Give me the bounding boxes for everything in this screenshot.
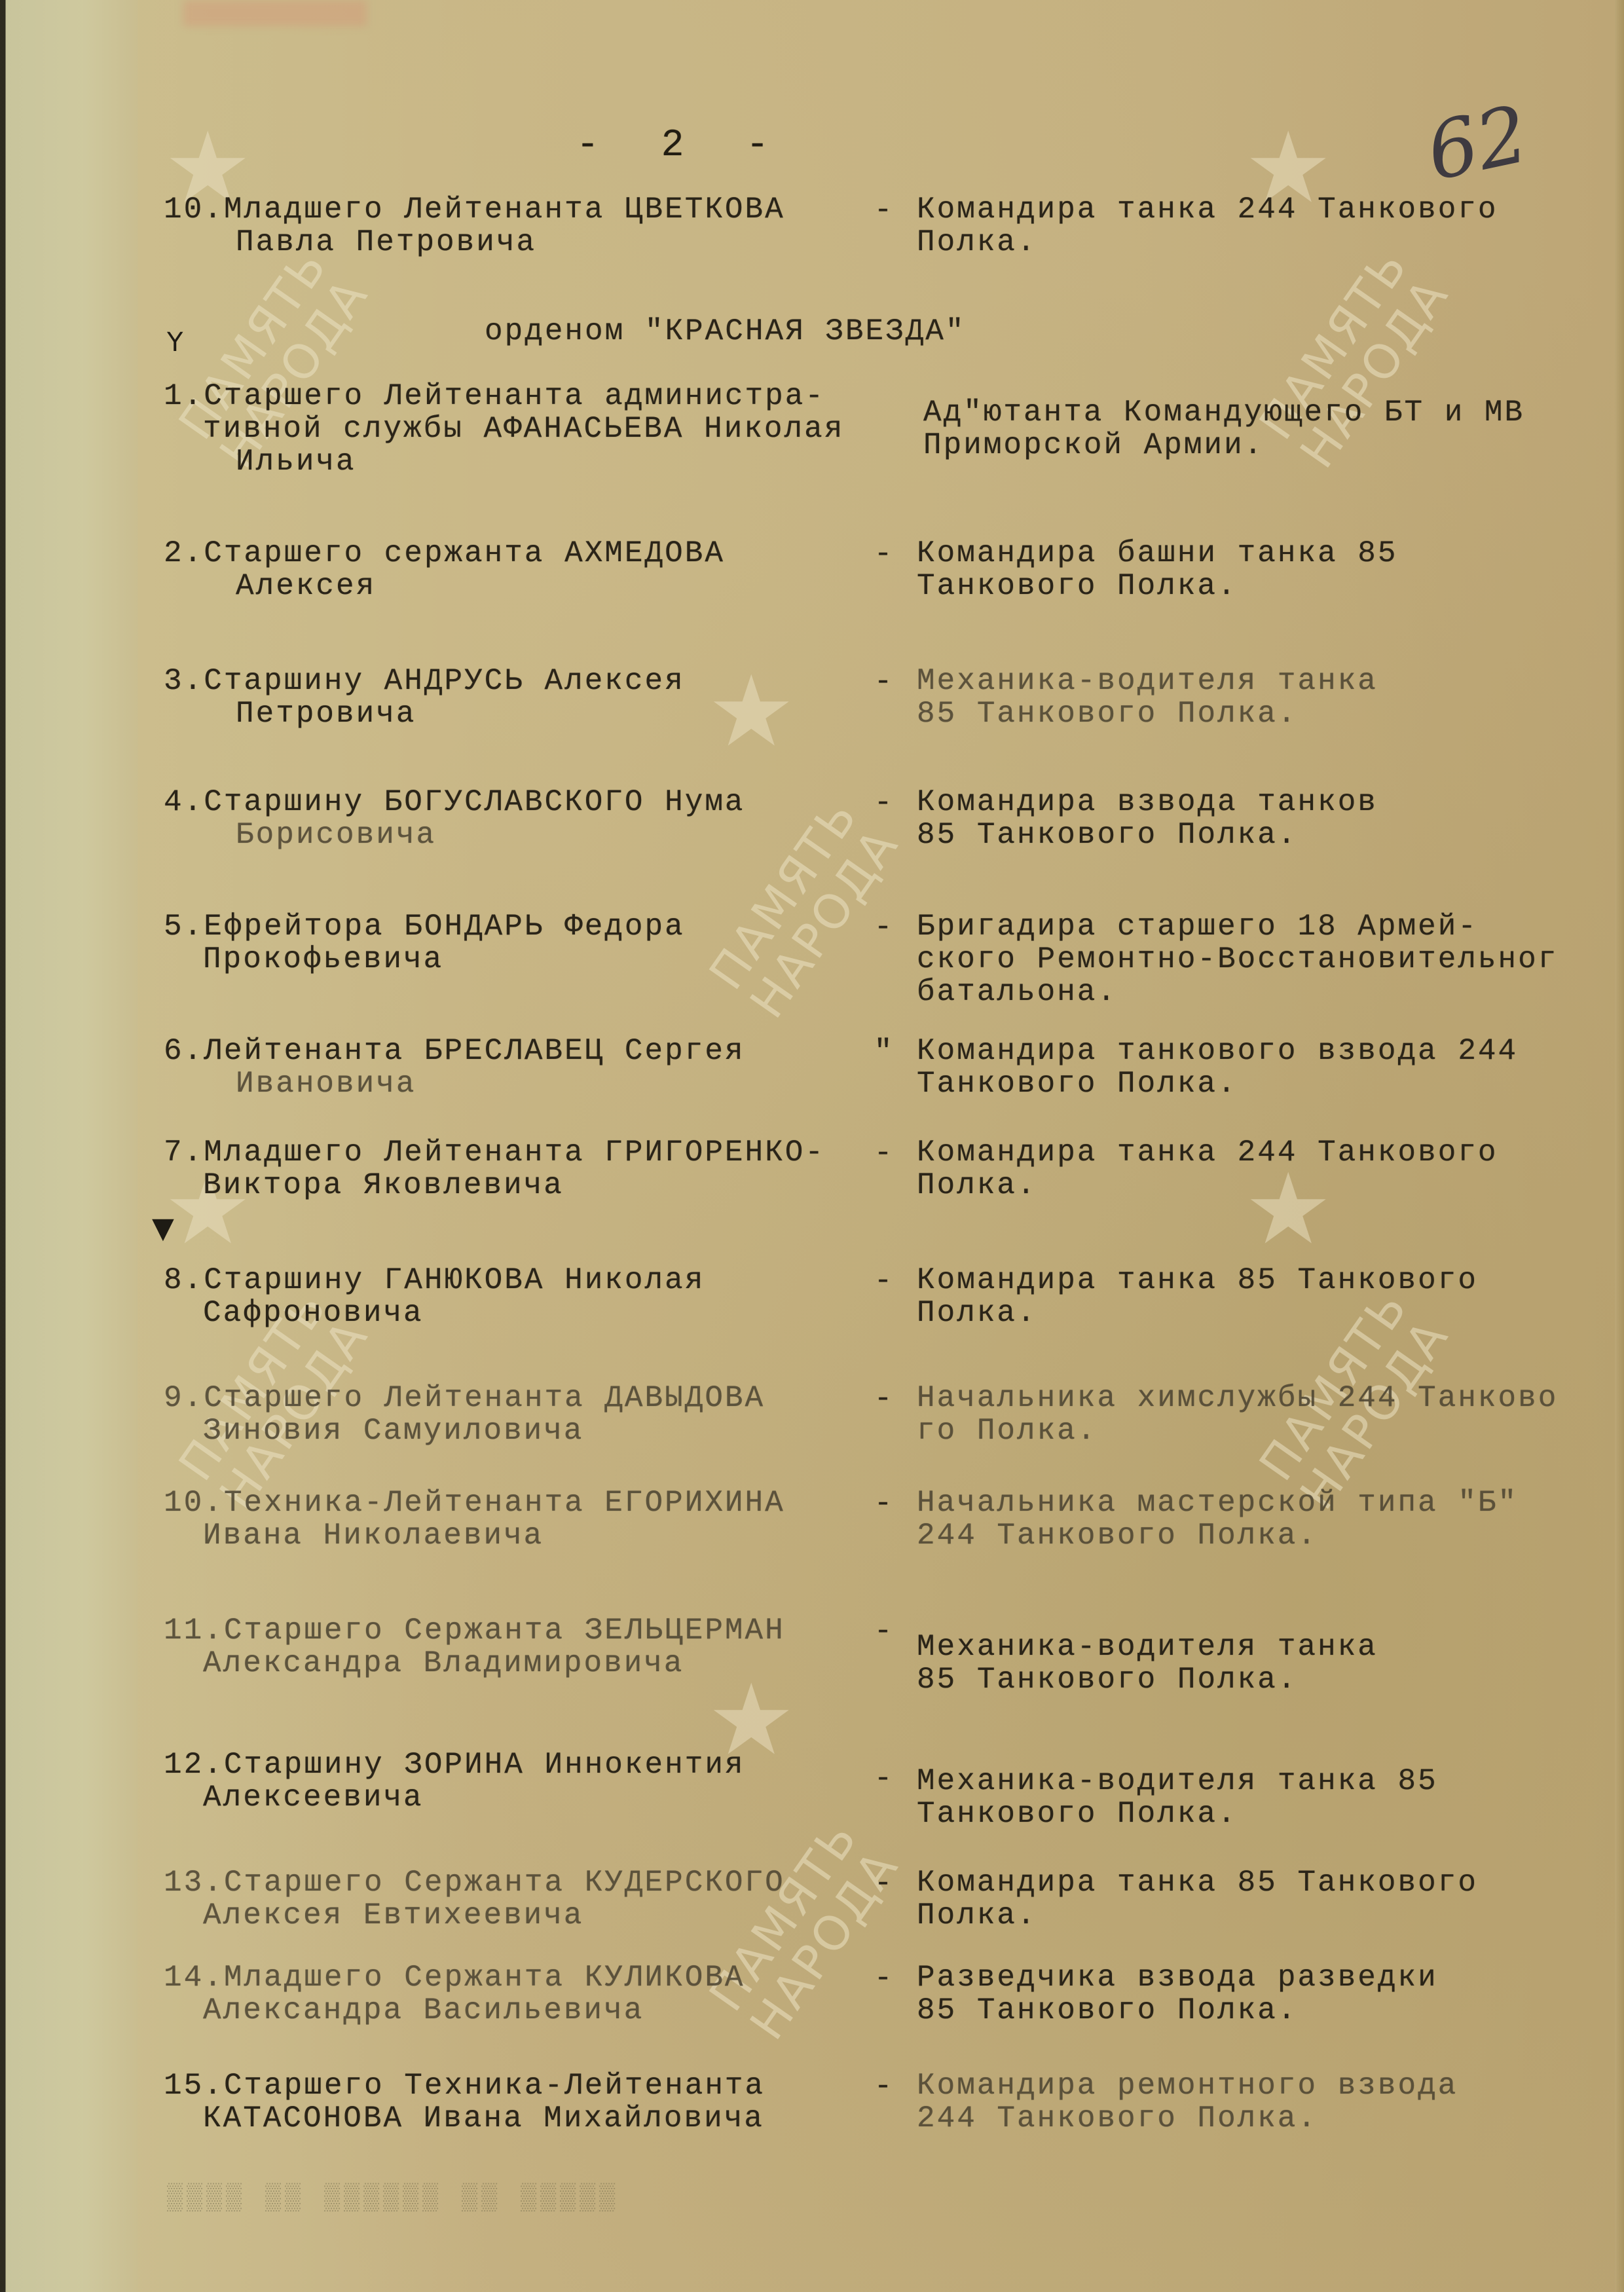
recipient-position: Начальника химслужбы 244 Танково го Полк… [917,1382,1611,1447]
document-page: ★ ПАМЯТЬ НАРОДА ★ ПАМЯТЬ НАРОДА ★ ПАМЯТЬ… [0,0,1624,2292]
left-margin-strip [0,0,138,2292]
separator-dash: - [871,1866,897,1900]
handwritten-folio-number: 62 [1419,89,1536,199]
separator-dash: - [871,2069,897,2103]
separator-dash: - [871,193,897,227]
separator-dash: " [871,1035,897,1069]
recipient-position: Командира танка 244 Танкового Полка. [917,193,1611,259]
separator-dash: - [871,1487,897,1521]
recipient-position: Начальника мастерской типа "Б" 244 Танко… [917,1487,1611,1552]
recipient-name: 6.Лейтенанта БРЕСЛАВЕЦ Сергея Ивановича [164,1035,891,1100]
recipient-name: 5.Ефрейтора БОНДАРЬ Федора Прокофьевича [164,910,891,976]
recipient-position: Бригадира старшего 18 Армей- ского Ремон… [917,910,1611,1008]
recipient-name: 14.Младшего Сержанта КУЛИКОВА Александра… [164,1961,891,2027]
recipient-name: 3.Старшину АНДРУСЬ Алексея Петровича [164,665,891,730]
recipient-position: Командира ремонтного взвода 244 Танковог… [917,2069,1611,2135]
separator-dash: - [871,1614,897,1648]
separator-dash: - [871,537,897,571]
recipient-name: 2.Старшего сержанта АХМЕДОВА Алексея [164,537,891,602]
separator-dash: - [871,1382,897,1416]
recipient-position: Разведчика взвода разведки 85 Танкового … [917,1961,1611,2027]
section-heading: орденом "КРАСНАЯ ЗВЕЗДА" [485,314,966,348]
recipient-name: 4.Старшину БОГУСЛАВСКОГО Нума Борисовича [164,786,891,851]
right-edge [1615,0,1624,2292]
separator-dash: - [871,1961,897,1995]
separator-dash: - [871,1264,897,1298]
recipient-position: Ад"ютанта Командующего БТ и МВ Приморско… [923,396,1617,462]
recipient-name: 9.Старшего Лейтенанта ДАВЫДОВА Зиновия С… [164,1382,891,1447]
recipient-position: Механика-водителя танка 85 Танкового Пол… [917,1765,1611,1830]
separator-dash: - [871,1762,897,1796]
recipient-position: Командира танка 85 Танкового Полка. [917,1264,1611,1329]
recipient-name: 12.Старшину ЗОРИНА Иннокентия Алексеевич… [164,1748,891,1814]
recipient-name: 15.Старшего Техника-Лейтенанта КАТАСОНОВ… [164,2069,891,2135]
stain [183,0,367,26]
recipient-position: Командира взвода танков 85 Танкового Пол… [917,786,1611,851]
recipient-position: Командира танкового взвода 244 Танкового… [917,1035,1611,1100]
recipient-position: Командира танка 85 Танкового Полка. [917,1866,1611,1932]
faded-footer-text: ▒▒▒▒ ▒▒ ▒▒▒▒▒▒ ▒▒ ▒▒▒▒▒ [167,2184,619,2213]
recipient-name: 8.Старшину ГАНЮКОВА Николая Сафроновича [164,1264,891,1329]
recipient-position: Командира башни танка 85 Танкового Полка… [917,537,1611,602]
arrow-mark-icon: ▼ [152,1211,174,1245]
separator-dash: - [871,786,897,820]
recipient-name: 1.Старшего Лейтенанта администра- тивной… [164,380,891,478]
separator-dash: - [871,910,897,944]
recipient-position: Командира танка 244 Танкового Полка. [917,1136,1611,1202]
separator-dash: - [871,1136,897,1170]
recipient-position: Механика-водителя танка 85 Танкового Пол… [917,665,1611,730]
recipient-name: 7.Младшего Лейтенанта ГРИГОРЕНКО- Виктор… [164,1136,891,1202]
recipient-name: 10.Младшего Лейтенанта ЦВЕТКОВА Павла Пе… [164,193,891,259]
recipient-name: 13.Старшего Сержанта КУДЕРСКОГО Алексея … [164,1866,891,1932]
recipient-name: 11.Старшего Сержанта ЗЕЛЬЦЕРМАН Александ… [164,1614,891,1680]
recipient-name: 10.Техника-Лейтенанта ЕГОРИХИНА Ивана Ни… [164,1487,891,1552]
recipient-position: Механика-водителя танка 85 Танкового Пол… [917,1631,1611,1696]
page-number: - 2 - [576,124,788,167]
tear-mark-icon: Y [167,327,183,358]
separator-dash: - [871,665,897,699]
